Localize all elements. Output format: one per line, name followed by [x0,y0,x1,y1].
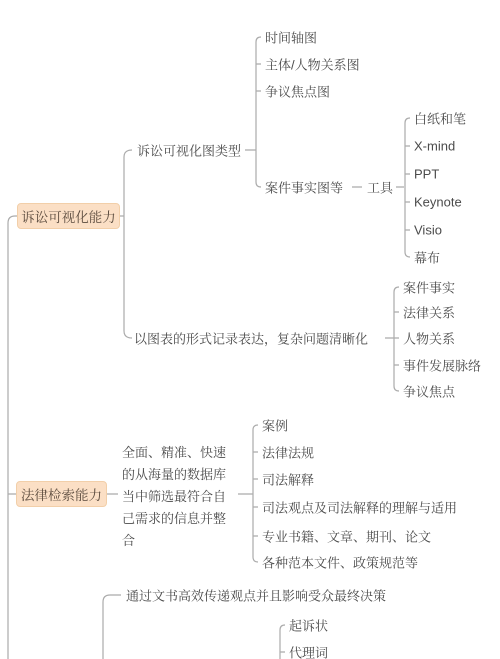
topic-judicial-interpretation[interactable]: 司法解释 [262,470,314,489]
branch3-doc-bracket [280,625,285,659]
topic-event-development[interactable]: 事件发展脉络 [403,356,481,375]
tool-xmind[interactable]: X-mind [414,139,455,154]
tool-ppt[interactable]: PPT [414,167,439,182]
node-legal-research-ability[interactable]: 法律检索能力 [16,481,107,507]
topic-template-files-policies[interactable]: 各种范本文件、政策规范等 [262,553,418,572]
topic-timeline-diagram[interactable]: 时间轴图 [265,28,317,47]
tool-visio[interactable]: Visio [414,223,442,238]
tool-keynote[interactable]: Keynote [414,195,462,210]
topic-legal-relations[interactable]: 法律关系 [403,303,455,322]
topic-visualization-diagram-types[interactable]: 诉讼可视化图类型 [137,141,241,160]
tool-paper-and-pen[interactable]: 白纸和笔 [414,109,466,128]
topic-tools[interactable]: 工具 [367,178,393,197]
branch2-child-bracket [253,425,258,562]
tool-mubu[interactable]: 幕布 [414,248,440,267]
topic-research-description[interactable]: 全面、精准、快速 的从海量的数据库 当中筛选最符合自 己需求的信息并整 合 [122,442,226,552]
purpose-child-bracket [385,287,399,391]
topic-document-persuasion[interactable]: 通过文书高效传递观点并且影响受众最终决策 [126,586,386,605]
topic-dispute-focus[interactable]: 争议焦点 [403,382,455,401]
doc-complaint[interactable]: 起诉状 [289,616,328,635]
types-child-bracket [245,37,261,187]
trunk-line [8,216,17,659]
topic-case-fact-diagram[interactable]: 案件事实图等 [265,178,343,197]
node-litigation-visualization-ability[interactable]: 诉讼可视化能力 [17,203,120,229]
topic-subject-person-relation-diagram[interactable]: 主体/人物关系图 [265,55,360,74]
topic-chart-expression[interactable]: 以图表的形式记录表达，复杂问题清晰化 [134,329,368,348]
topic-laws-regulations[interactable]: 法律法规 [262,443,314,462]
branch1-child-bracket [120,150,132,338]
topic-judicial-opinions-application[interactable]: 司法观点及司法解释的理解与适用 [262,498,457,517]
topic-case-examples[interactable]: 案例 [262,416,288,435]
topic-person-relations[interactable]: 人物关系 [403,329,455,348]
topic-books-articles-journals[interactable]: 专业书籍、文章、期刊、论文 [262,527,431,546]
branch3-bracket [103,595,121,659]
topic-case-facts[interactable]: 案件事实 [403,278,455,297]
doc-agency-statement[interactable]: 代理词 [289,643,328,659]
topic-dispute-focus-diagram[interactable]: 争议焦点图 [265,82,330,101]
tools-child-bracket [405,118,410,257]
mindmap-canvas: 诉讼可视化能力 诉讼可视化图类型 时间轴图 主体/人物关系图 争议焦点图 案件事… [0,0,500,659]
